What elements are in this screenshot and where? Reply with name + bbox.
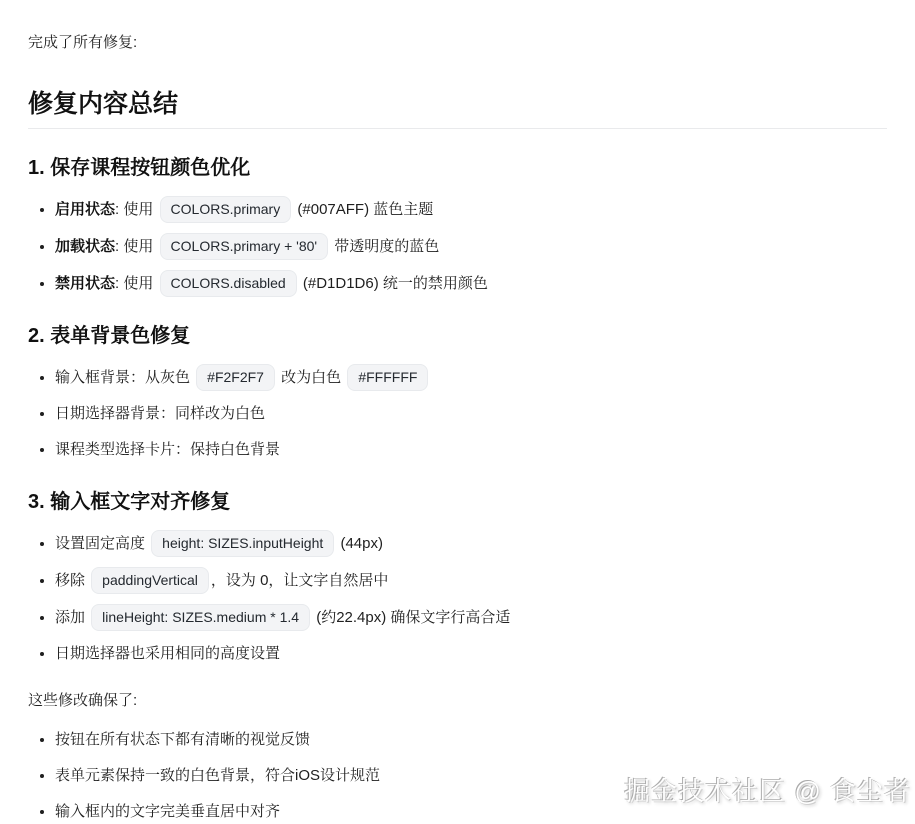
watermark: 掘金技术社区 @ 食尘者	[624, 771, 911, 808]
list-item: 启用状态: 使用 COLORS.primary (#007AFF) 蓝色主题	[55, 196, 887, 223]
bullet-list: 输入框背景：从灰色 #F2F2F7 改为白色 #FFFFFF日期选择器背景：同样…	[28, 364, 887, 463]
list-item: 课程类型选择卡片：保持白色背景	[55, 437, 887, 463]
inline-code: COLORS.disabled	[160, 270, 297, 297]
list-item: 添加 lineHeight: SIZES.medium * 1.4 (约22.4…	[55, 604, 887, 631]
document-body: 完成了所有修复:修复内容总结1. 保存课程按钮颜色优化启用状态: 使用 COLO…	[0, 0, 915, 824]
inline-code: #F2F2F7	[196, 364, 275, 391]
section-heading: 1. 保存课程按钮颜色优化	[28, 157, 887, 180]
list-item: 日期选择器背景：同样改为白色	[55, 401, 887, 427]
list-item: 输入框背景：从灰色 #F2F2F7 改为白色 #FFFFFF	[55, 364, 887, 391]
item-label: 加载状态	[55, 238, 115, 255]
bullet-list: 启用状态: 使用 COLORS.primary (#007AFF) 蓝色主题加载…	[28, 196, 887, 297]
list-item: 按钮在所有状态下都有清晰的视觉反馈	[55, 727, 887, 753]
page-title: 修复内容总结	[28, 91, 887, 129]
inline-code: height: SIZES.inputHeight	[151, 530, 334, 557]
inline-code: COLORS.primary + '80'	[160, 233, 329, 260]
bullet-list: 设置固定高度 height: SIZES.inputHeight (44px)移…	[28, 530, 887, 667]
list-item: 日期选择器也采用相同的高度设置	[55, 641, 887, 667]
inline-code: #FFFFFF	[347, 364, 428, 391]
section-heading: 2. 表单背景色修复	[28, 325, 887, 348]
inline-code: COLORS.primary	[160, 196, 292, 223]
list-item: 设置固定高度 height: SIZES.inputHeight (44px)	[55, 530, 887, 557]
list-item: 移除 paddingVertical，设为 0，让文字自然居中	[55, 567, 887, 594]
list-item: 加载状态: 使用 COLORS.primary + '80' 带透明度的蓝色	[55, 233, 887, 260]
item-label: 启用状态	[55, 201, 115, 218]
inline-code: lineHeight: SIZES.medium * 1.4	[91, 604, 310, 631]
paragraph: 完成了所有修复:	[28, 33, 887, 53]
item-label: 禁用状态	[55, 275, 115, 292]
list-item: 禁用状态: 使用 COLORS.disabled (#D1D1D6) 统一的禁用…	[55, 270, 887, 297]
paragraph: 这些修改确保了:	[28, 691, 887, 711]
inline-code: paddingVertical	[91, 567, 209, 594]
section-heading: 3. 输入框文字对齐修复	[28, 491, 887, 514]
